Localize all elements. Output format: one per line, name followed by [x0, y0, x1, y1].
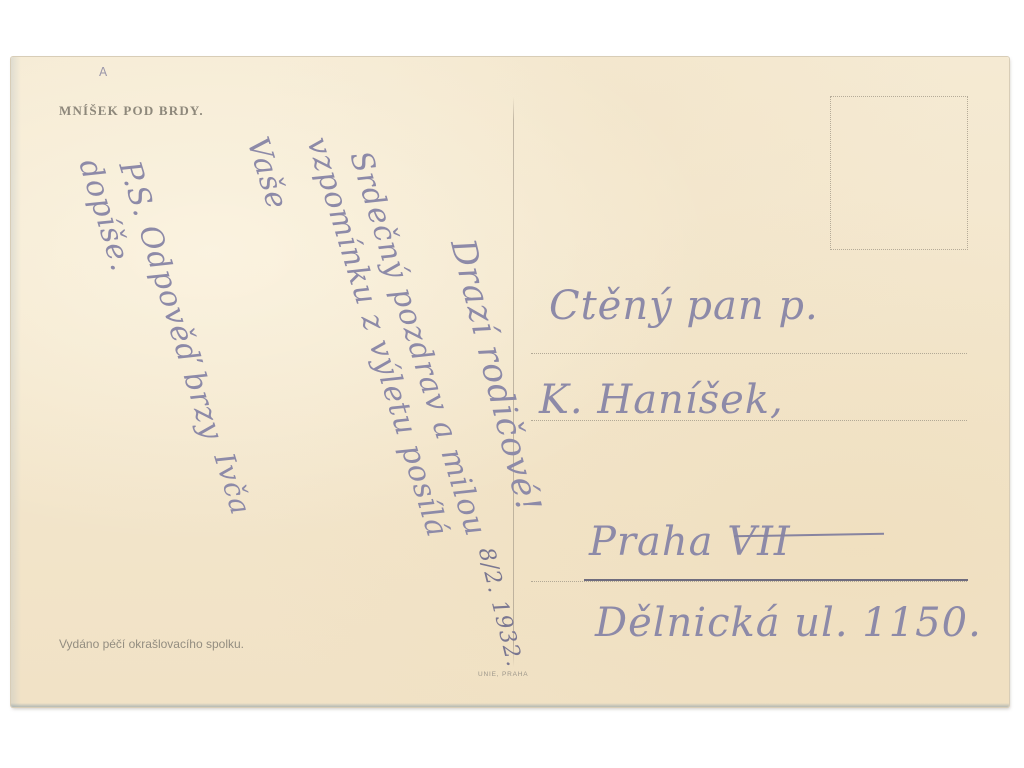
publisher-note: Vydáno péčí okrašlovacího spolku. [59, 637, 244, 651]
place-header: MNÍŠEK POD BRDY. [59, 103, 204, 119]
printer-mark: UNIE, PRAHA [478, 671, 528, 678]
pencil-mark: A [99, 65, 107, 79]
address-line-name: K. Haníšek, [539, 377, 784, 423]
card-edge-bottom [11, 703, 1009, 707]
message-signature: Ivča [207, 449, 257, 519]
address-line-1 [531, 353, 967, 354]
card-edge-left [11, 57, 21, 707]
scan-background: A MNÍŠEK POD BRDY. Vydáno péčí okrašlova… [0, 0, 1024, 768]
city-underline [584, 579, 968, 581]
address-line-street: Dělnická ul. 1150. [595, 600, 982, 646]
postcard: A MNÍŠEK POD BRDY. Vydáno péčí okrašlova… [11, 57, 1009, 707]
address-line-city: Praha VII [589, 519, 791, 565]
address-line-salutation: Ctěný pan p. [549, 283, 819, 329]
postscript-line-1: P.S. Odpověď brzy [112, 157, 230, 445]
address-line-4 [531, 581, 967, 582]
message-date: 8/2. 1932. [473, 545, 527, 670]
message-line-3: Vaše [240, 133, 295, 214]
stamp-box [830, 96, 968, 250]
